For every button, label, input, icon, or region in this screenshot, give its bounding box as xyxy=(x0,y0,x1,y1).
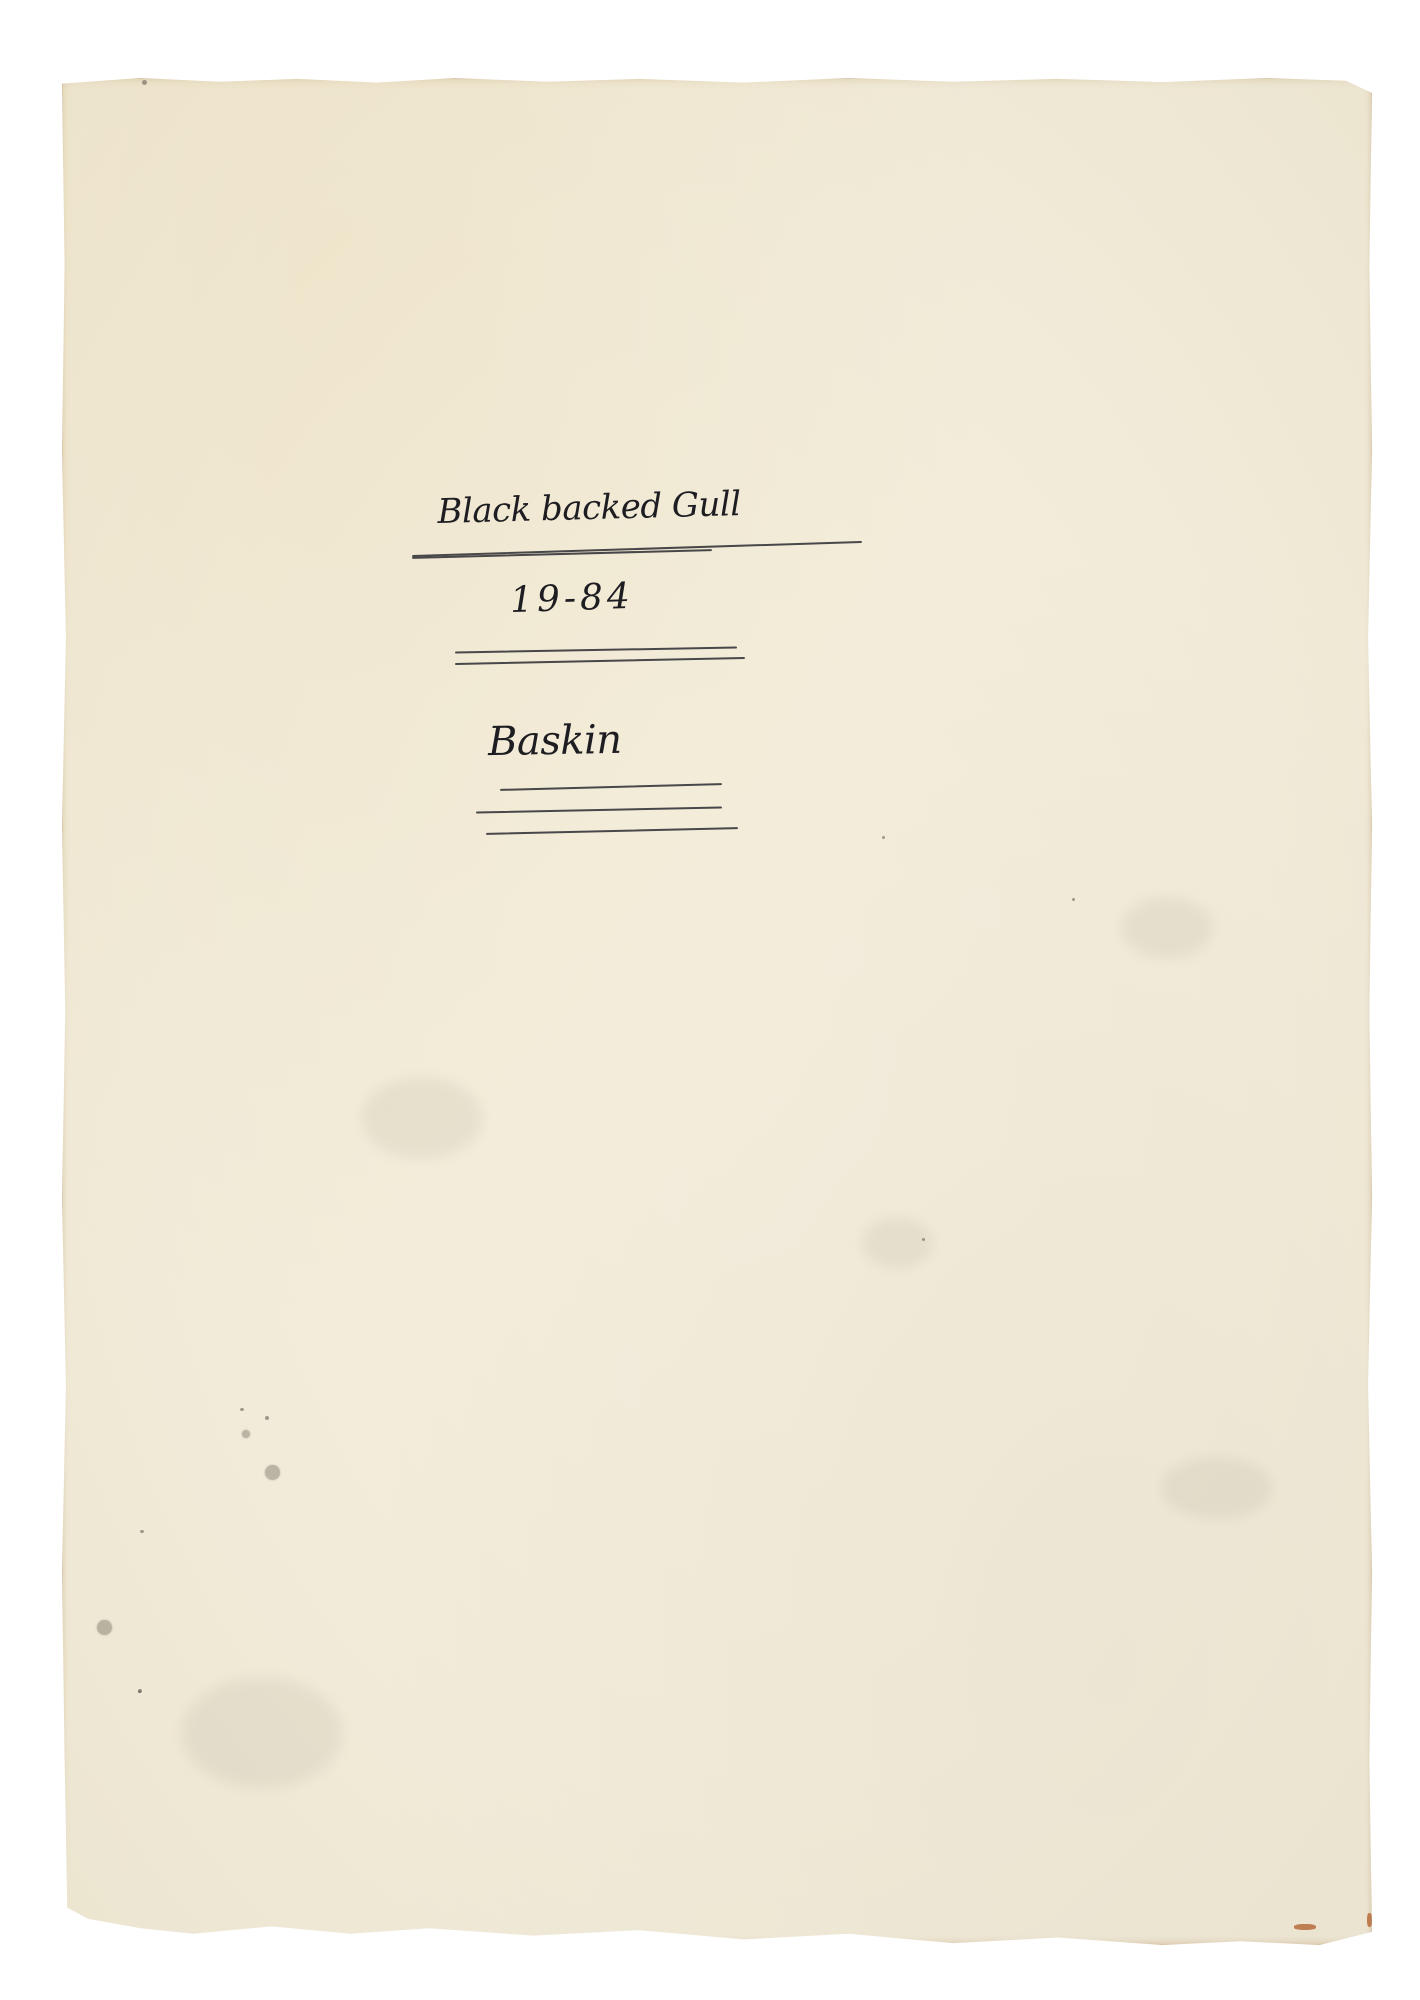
edge-stain xyxy=(80,1926,98,1933)
foxing-mark xyxy=(862,1218,932,1268)
speck xyxy=(142,80,147,85)
foxing-mark xyxy=(1122,898,1212,958)
inscription-signature: Baskin xyxy=(488,717,622,765)
speck xyxy=(882,836,885,839)
speck xyxy=(265,1416,269,1420)
speck xyxy=(240,1408,244,1411)
foxing-mark xyxy=(1162,1458,1272,1518)
foxing-mark xyxy=(362,1078,482,1158)
speck xyxy=(140,1530,144,1533)
edge-stain xyxy=(1367,1913,1372,1927)
ink-blot xyxy=(97,1620,112,1635)
foxing-mark xyxy=(182,1678,342,1788)
speck xyxy=(138,1690,141,1693)
paper-sheet xyxy=(62,78,1372,1945)
speck xyxy=(1072,898,1075,901)
speck xyxy=(922,1238,925,1241)
edge-stain xyxy=(1294,1924,1316,1930)
inscription-title: Black backed Gull xyxy=(437,484,741,532)
edge-stain xyxy=(122,1930,162,1934)
ink-blot xyxy=(242,1430,250,1438)
inscription-date: 19-84 xyxy=(509,576,634,621)
ink-blot xyxy=(265,1465,280,1480)
